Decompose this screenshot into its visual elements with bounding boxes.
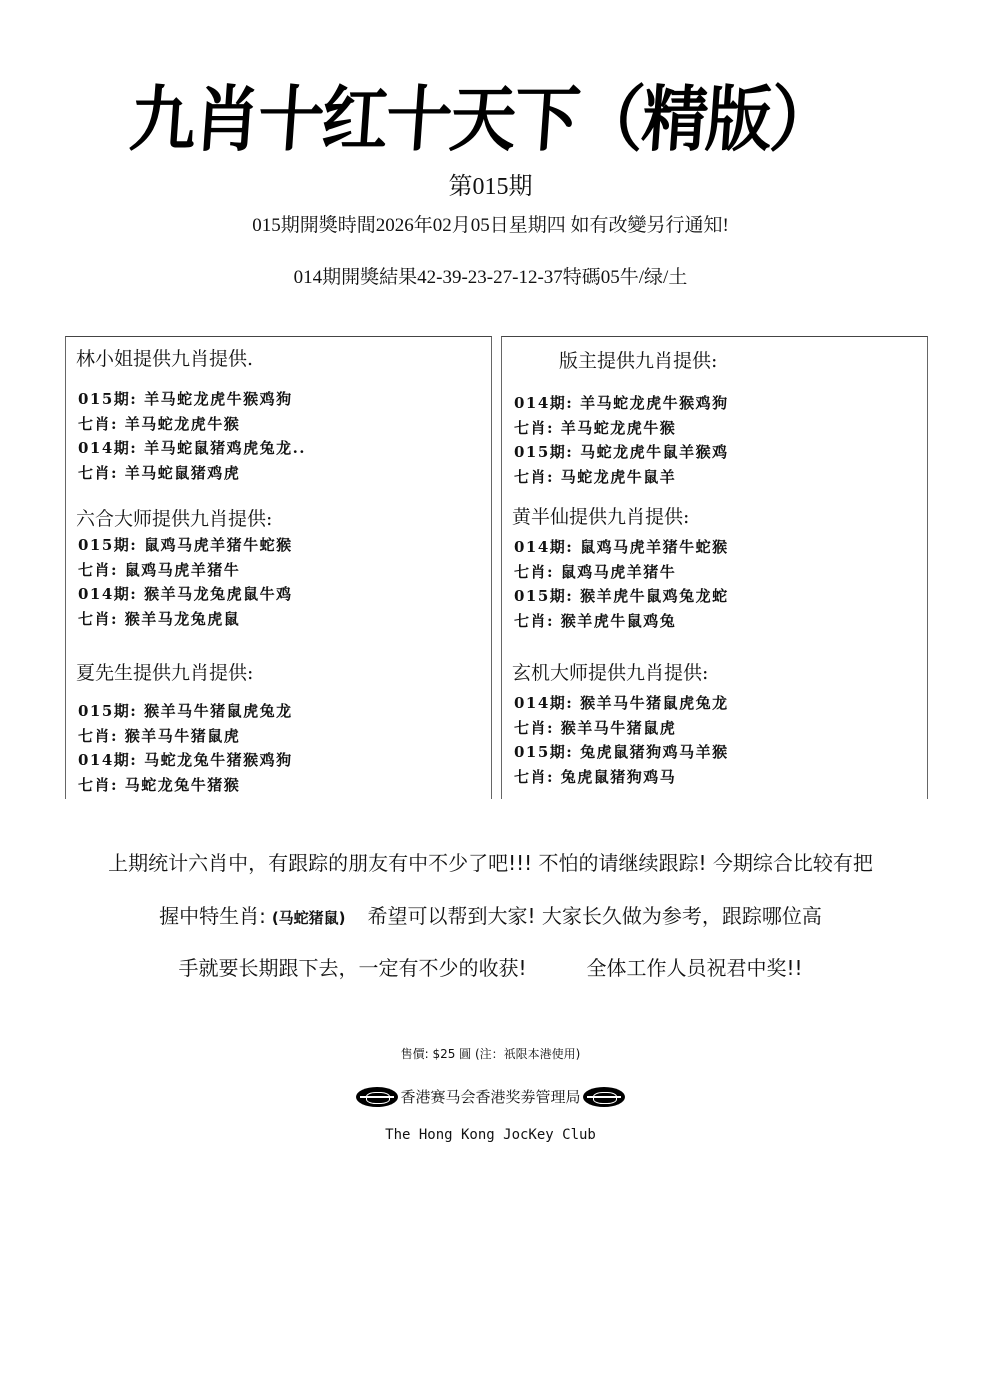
prediction-section-liuhe: 六合大师提供九肖提供: 015期: 鼠鸡马虎羊猪牛蛇猴 七肖: 鼠鸡马虎羊猪牛 … [66, 507, 491, 631]
prediction-line: 014期: 羊马蛇鼠猪鸡虎兔龙.. [66, 436, 491, 461]
prediction-line: 七肖: 猴羊马牛猪鼠虎 [502, 716, 927, 741]
message-line-2: 握中特生肖:(马蛇猪鼠)希望可以帮到大家! 大家长久做为参考，跟踪哪位高 [0, 903, 981, 931]
prediction-line: 015期: 猴羊虎牛鼠鸡兔龙蛇 [502, 584, 927, 609]
prediction-line: 七肖: 羊马蛇龙虎牛猴 [66, 412, 491, 437]
message-line-3: 手就要长期跟下去，一定有不少的收获!全体工作人员祝君中奖!! [0, 955, 981, 981]
prediction-line: 七肖: 猴羊马牛猪鼠虎 [66, 724, 491, 749]
prediction-line: 七肖: 鼠鸡马虎羊猪牛 [502, 560, 927, 585]
prediction-line: 七肖: 羊马蛇龙虎牛猴 [502, 416, 927, 441]
prediction-line: 015期: 猴羊马牛猪鼠虎兔龙 [66, 699, 491, 724]
prediction-line: 七肖: 兔虎鼠猪狗鸡马 [502, 765, 927, 790]
message-part-a: 手就要长期跟下去，一定有不少的收获! [178, 956, 526, 980]
prediction-section-banzhu: 版主提供九肖提供: 014期: 羊马蛇龙虎牛猴鸡狗 七肖: 羊马蛇龙虎牛猴 01… [502, 349, 927, 489]
prediction-line: 015期: 鼠鸡马虎羊猪牛蛇猴 [66, 533, 491, 558]
club-name-chinese: 香港赛马会香港奖劵管理局 [0, 1086, 981, 1108]
prediction-line: 七肖: 羊马蛇鼠猪鸡虎 [66, 461, 491, 486]
page-title: 九肖十红十天下（精版） [126, 66, 834, 174]
section-title: 夏先生提供九肖提供: [66, 661, 491, 685]
prediction-line: 七肖: 马蛇龙兔牛猪猴 [66, 773, 491, 798]
prediction-line: 014期: 猴羊马龙兔虎鼠牛鸡 [66, 582, 491, 607]
prediction-line: 014期: 马蛇龙兔牛猪猴鸡狗 [66, 748, 491, 773]
prediction-line: 015期: 马蛇龙虎牛鼠羊猴鸡 [502, 440, 927, 465]
prediction-line: 015期: 兔虎鼠猪狗鸡马羊猴 [502, 740, 927, 765]
prediction-line: 七肖: 马蛇龙虎牛鼠羊 [502, 465, 927, 490]
hkjc-logo-icon [356, 1087, 398, 1107]
left-predictions-column: 林小姐提供九肖提供. 015期: 羊马蛇龙虎牛猴鸡狗 七肖: 羊马蛇龙虎牛猴 0… [65, 336, 492, 799]
message-prefix: 握中特生肖: [159, 904, 266, 928]
special-zodiac-pick: (马蛇猪鼠) [272, 909, 346, 927]
message-part-b: 全体工作人员祝君中奖!! [586, 956, 802, 980]
prediction-section-lin: 林小姐提供九肖提供. 015期: 羊马蛇龙虎牛猴鸡狗 七肖: 羊马蛇龙虎牛猴 0… [66, 347, 491, 485]
prediction-line: 014期: 猴羊马牛猪鼠虎兔龙 [502, 691, 927, 716]
club-name-english: The Hong Kong JocKey Club [0, 1126, 981, 1144]
club-name-text: 香港赛马会香港奖劵管理局 [400, 1086, 580, 1108]
price-label: 售價: $25 圓 (注：祇限本港使用) [0, 1046, 981, 1062]
prediction-line: 014期: 羊马蛇龙虎牛猴鸡狗 [502, 391, 927, 416]
draw-notice: 015期開獎時間2026年02月05日星期四 如有改變另行通知! [0, 214, 981, 238]
prediction-line: 015期: 羊马蛇龙虎牛猴鸡狗 [66, 387, 491, 412]
prediction-line: 七肖: 猴羊马龙兔虎鼠 [66, 607, 491, 632]
section-title: 黄半仙提供九肖提供: [502, 505, 927, 529]
hkjc-logo-icon [583, 1087, 625, 1107]
last-draw-result: 014期開獎結果42-39-23-27-12-37特碼05牛/绿/土 [0, 266, 981, 290]
message-suffix: 希望可以帮到大家! 大家长久做为参考，跟踪哪位高 [368, 904, 822, 928]
prediction-section-huang: 黄半仙提供九肖提供: 014期: 鼠鸡马虎羊猪牛蛇猴 七肖: 鼠鸡马虎羊猪牛 0… [502, 505, 927, 633]
section-title: 玄机大师提供九肖提供: [502, 661, 927, 685]
prediction-section-xuanji: 玄机大师提供九肖提供: 014期: 猴羊马牛猪鼠虎兔龙 七肖: 猴羊马牛猪鼠虎 … [502, 661, 927, 789]
section-title: 六合大师提供九肖提供: [66, 507, 491, 531]
section-title: 林小姐提供九肖提供. [66, 347, 491, 371]
issue-number: 第015期 [0, 172, 981, 202]
right-predictions-column: 版主提供九肖提供: 014期: 羊马蛇龙虎牛猴鸡狗 七肖: 羊马蛇龙虎牛猴 01… [501, 336, 928, 799]
prediction-line: 七肖: 猴羊虎牛鼠鸡兔 [502, 609, 927, 634]
prediction-section-xia: 夏先生提供九肖提供: 015期: 猴羊马牛猪鼠虎兔龙 七肖: 猴羊马牛猪鼠虎 0… [66, 661, 491, 797]
prediction-line: 七肖: 鼠鸡马虎羊猪牛 [66, 558, 491, 583]
prediction-line: 014期: 鼠鸡马虎羊猪牛蛇猴 [502, 535, 927, 560]
message-line-1: 上期统计六肖中，有跟踪的朋友有中不少了吧!!! 不怕的请继续跟踪! 今期综合比较… [0, 850, 981, 876]
section-title: 版主提供九肖提供: [502, 349, 927, 373]
